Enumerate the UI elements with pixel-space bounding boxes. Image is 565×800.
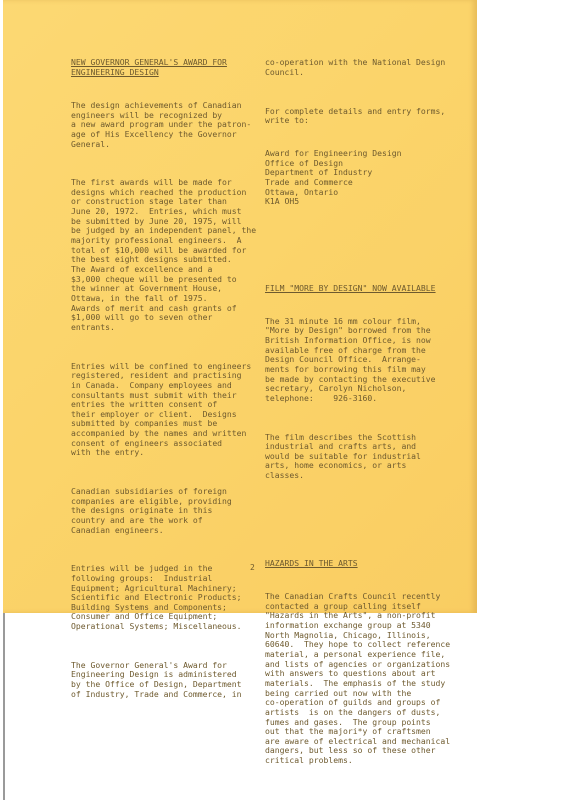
page-number: 2: [250, 563, 255, 572]
award-paragraph-3: Entries will be confined to engineers re…: [71, 362, 256, 459]
scanned-page: NEW GOVERNOR GENERAL'S AWARD FOR ENGINEE…: [3, 0, 477, 613]
film-paragraph-1: The 31 minute 16 mm colour film, "More b…: [265, 317, 450, 404]
film-heading: FILM "MORE BY DESIGN" NOW AVAILABLE: [265, 284, 450, 294]
award-heading: NEW GOVERNOR GENERAL'S AWARD FOR ENGINEE…: [71, 58, 256, 77]
mailing-address: Award for Engineering Design Office of D…: [265, 149, 450, 207]
award-paragraph-1: The design achievements of Canadian engi…: [71, 101, 256, 149]
award-paragraph-6: The Governor General's Award for Enginee…: [71, 661, 256, 700]
film-paragraph-2: The film describes the Scottish industri…: [265, 433, 450, 481]
award-paragraph-5: Entries will be judged in the following …: [71, 564, 256, 632]
award-paragraph-2: The first awards will be made for design…: [71, 178, 256, 333]
award-continuation: co-operation with the National Design Co…: [265, 58, 450, 77]
hazards-paragraph: The Canadian Crafts Council recently con…: [265, 592, 450, 766]
right-column: co-operation with the National Design Co…: [265, 39, 450, 795]
scan-edge-line: [3, 613, 5, 800]
contact-intro: For complete details and entry forms, wr…: [265, 107, 450, 126]
award-paragraph-4: Canadian subsidiaries of foreign compani…: [71, 487, 256, 535]
left-column: NEW GOVERNOR GENERAL'S AWARD FOR ENGINEE…: [71, 39, 256, 728]
hazards-heading: HAZARDS IN THE ARTS: [265, 559, 450, 569]
